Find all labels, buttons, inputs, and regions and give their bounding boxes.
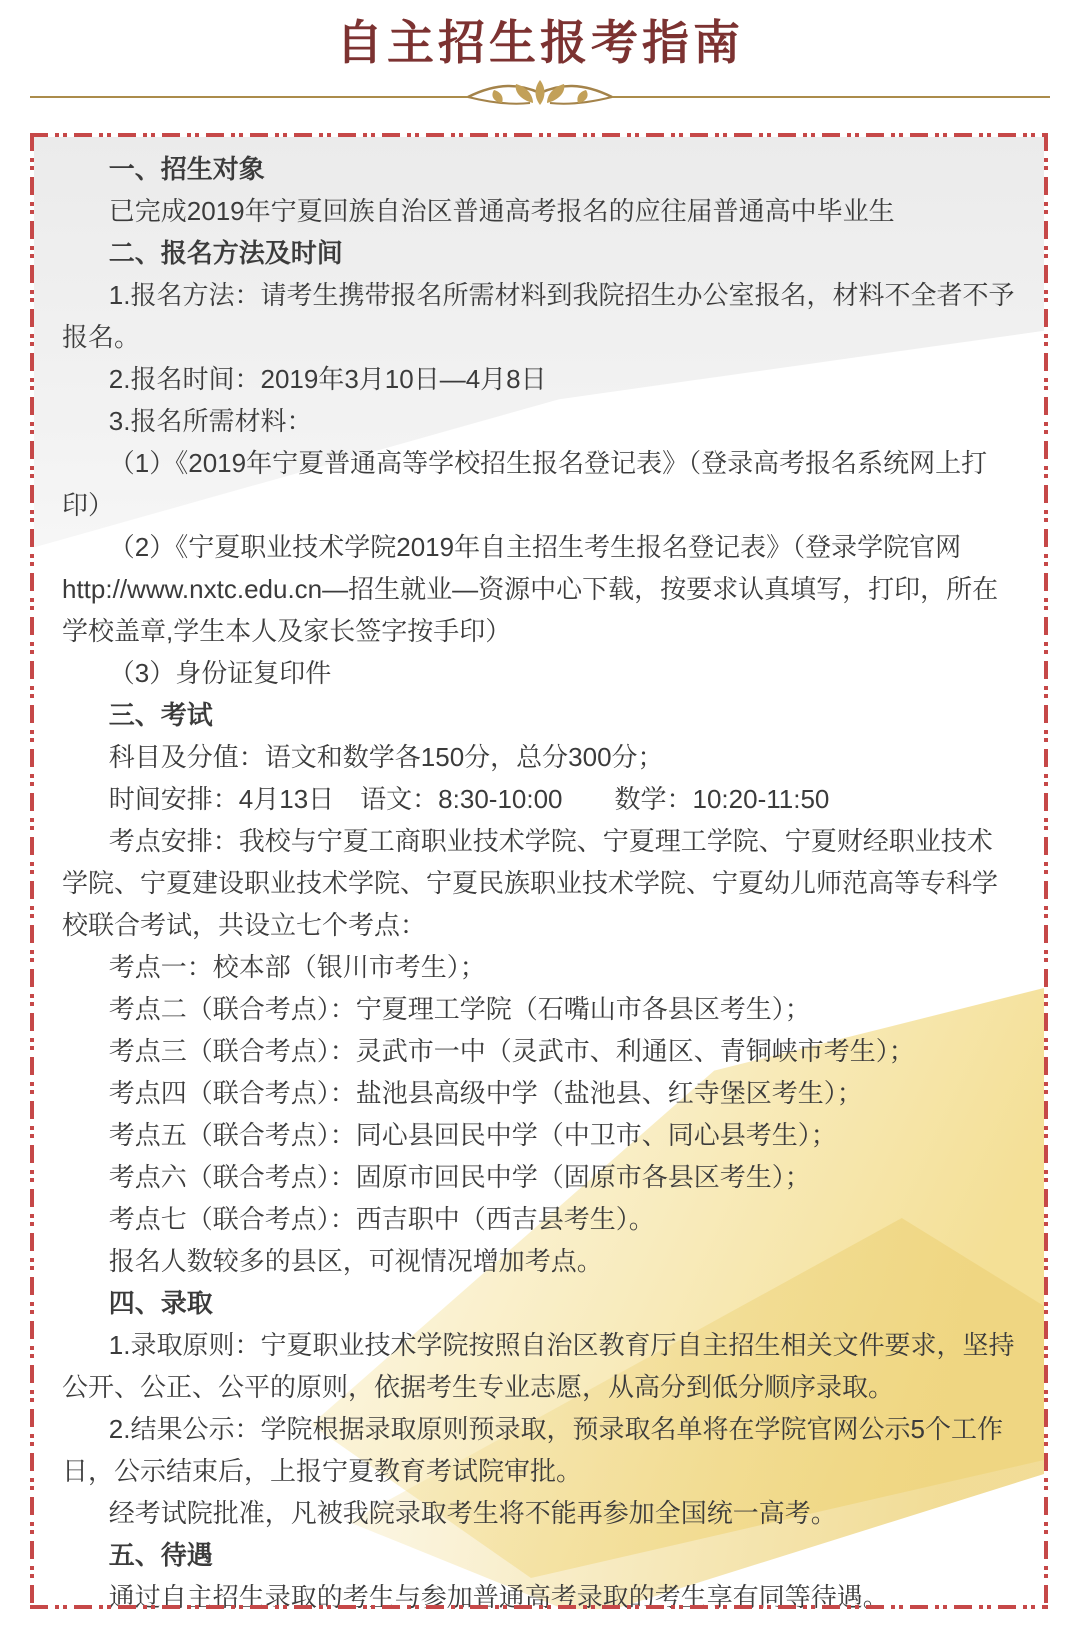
section-heading: 一、招生对象: [62, 148, 1018, 190]
paragraph: （2）《宁夏职业技术学院2019年自主招生考生报名登记表》（登录学院官网http…: [62, 526, 1018, 652]
paragraph: 1.报名方法：请考生携带报名所需材料到我院招生办公室报名，材料不全者不予报名。: [62, 274, 1018, 358]
section-heading: 三、考试: [62, 694, 1018, 736]
dashed-border-right: [1044, 133, 1048, 1609]
paragraph: 已完成2019年宁夏回族自治区普通高考报名的应往届普通高中毕业生: [62, 190, 1018, 232]
paragraph: （1）《2019年宁夏普通高等学校招生报名登记表》（登录高考报名系统网上打印）: [62, 442, 1018, 526]
paragraph: 3.报名所需材料：: [62, 400, 1018, 442]
dashed-border-bottom: [30, 1605, 1048, 1609]
paragraph: 考点四（联合考点）：盐池县高级中学（盐池县、红寺堡区考生）；: [62, 1072, 1018, 1114]
dashed-border-left: [30, 133, 34, 1609]
paragraph: 考点安排：我校与宁夏工商职业技术学院、宁夏理工学院、宁夏财经职业技术学院、宁夏建…: [62, 820, 1018, 946]
ornament-divider: [30, 72, 1050, 118]
paragraph: （3）身份证复印件: [62, 652, 1018, 694]
paragraph: 时间安排：4月13日 语文：8:30-10:00 数学：10:20-11:50: [62, 778, 1018, 820]
paragraph: 考点五（联合考点）：同心县回民中学（中卫市、同心县考生）；: [62, 1114, 1018, 1156]
document-body: 一、招生对象已完成2019年宁夏回族自治区普通高考报名的应往届普通高中毕业生二、…: [30, 133, 1048, 1609]
section-heading: 二、报名方法及时间: [62, 232, 1018, 274]
paragraph: 2.报名时间：2019年3月10日—4月8日: [62, 358, 1018, 400]
paragraph: 考点六（联合考点）：固原市回民中学（固原市各县区考生）；: [62, 1156, 1018, 1198]
gold-flourish-icon: [30, 72, 1050, 118]
paragraph: 考点七（联合考点）：西吉职中（西吉县考生）。: [62, 1198, 1018, 1240]
section-heading: 五、待遇: [62, 1534, 1018, 1576]
paragraph: 1.录取原则：宁夏职业技术学院按照自治区教育厅自主招生相关文件要求，坚持公开、公…: [62, 1324, 1018, 1408]
poster-page: 自主招生报考指南 一、招生对象已完成2019年宁夏回族自治区普通高考报名的应往届…: [0, 0, 1080, 1634]
paragraph: 考点三（联合考点）：灵武市一中（灵武市、利通区、青铜峡市考生）；: [62, 1030, 1018, 1072]
paragraph: 考点二（联合考点）：宁夏理工学院（石嘴山市各县区考生）；: [62, 988, 1018, 1030]
page-title: 自主招生报考指南: [0, 6, 1080, 73]
section-heading: 四、录取: [62, 1282, 1018, 1324]
paragraph: 考点一：校本部（银川市考生）；: [62, 946, 1018, 988]
paragraph: 报名人数较多的县区，可视情况增加考点。: [62, 1240, 1018, 1282]
paragraph: 科目及分值：语文和数学各150分，总分300分；: [62, 736, 1018, 778]
dashed-border-top: [30, 133, 1048, 137]
paragraph: 经考试院批准，凡被我院录取考生将不能再参加全国统一高考。: [62, 1492, 1018, 1534]
paragraph: 2.结果公示：学院根据录取原则预录取，预录取名单将在学院官网公示5个工作日，公示…: [62, 1408, 1018, 1492]
content-box: 一、招生对象已完成2019年宁夏回族自治区普通高考报名的应往届普通高中毕业生二、…: [30, 133, 1048, 1609]
